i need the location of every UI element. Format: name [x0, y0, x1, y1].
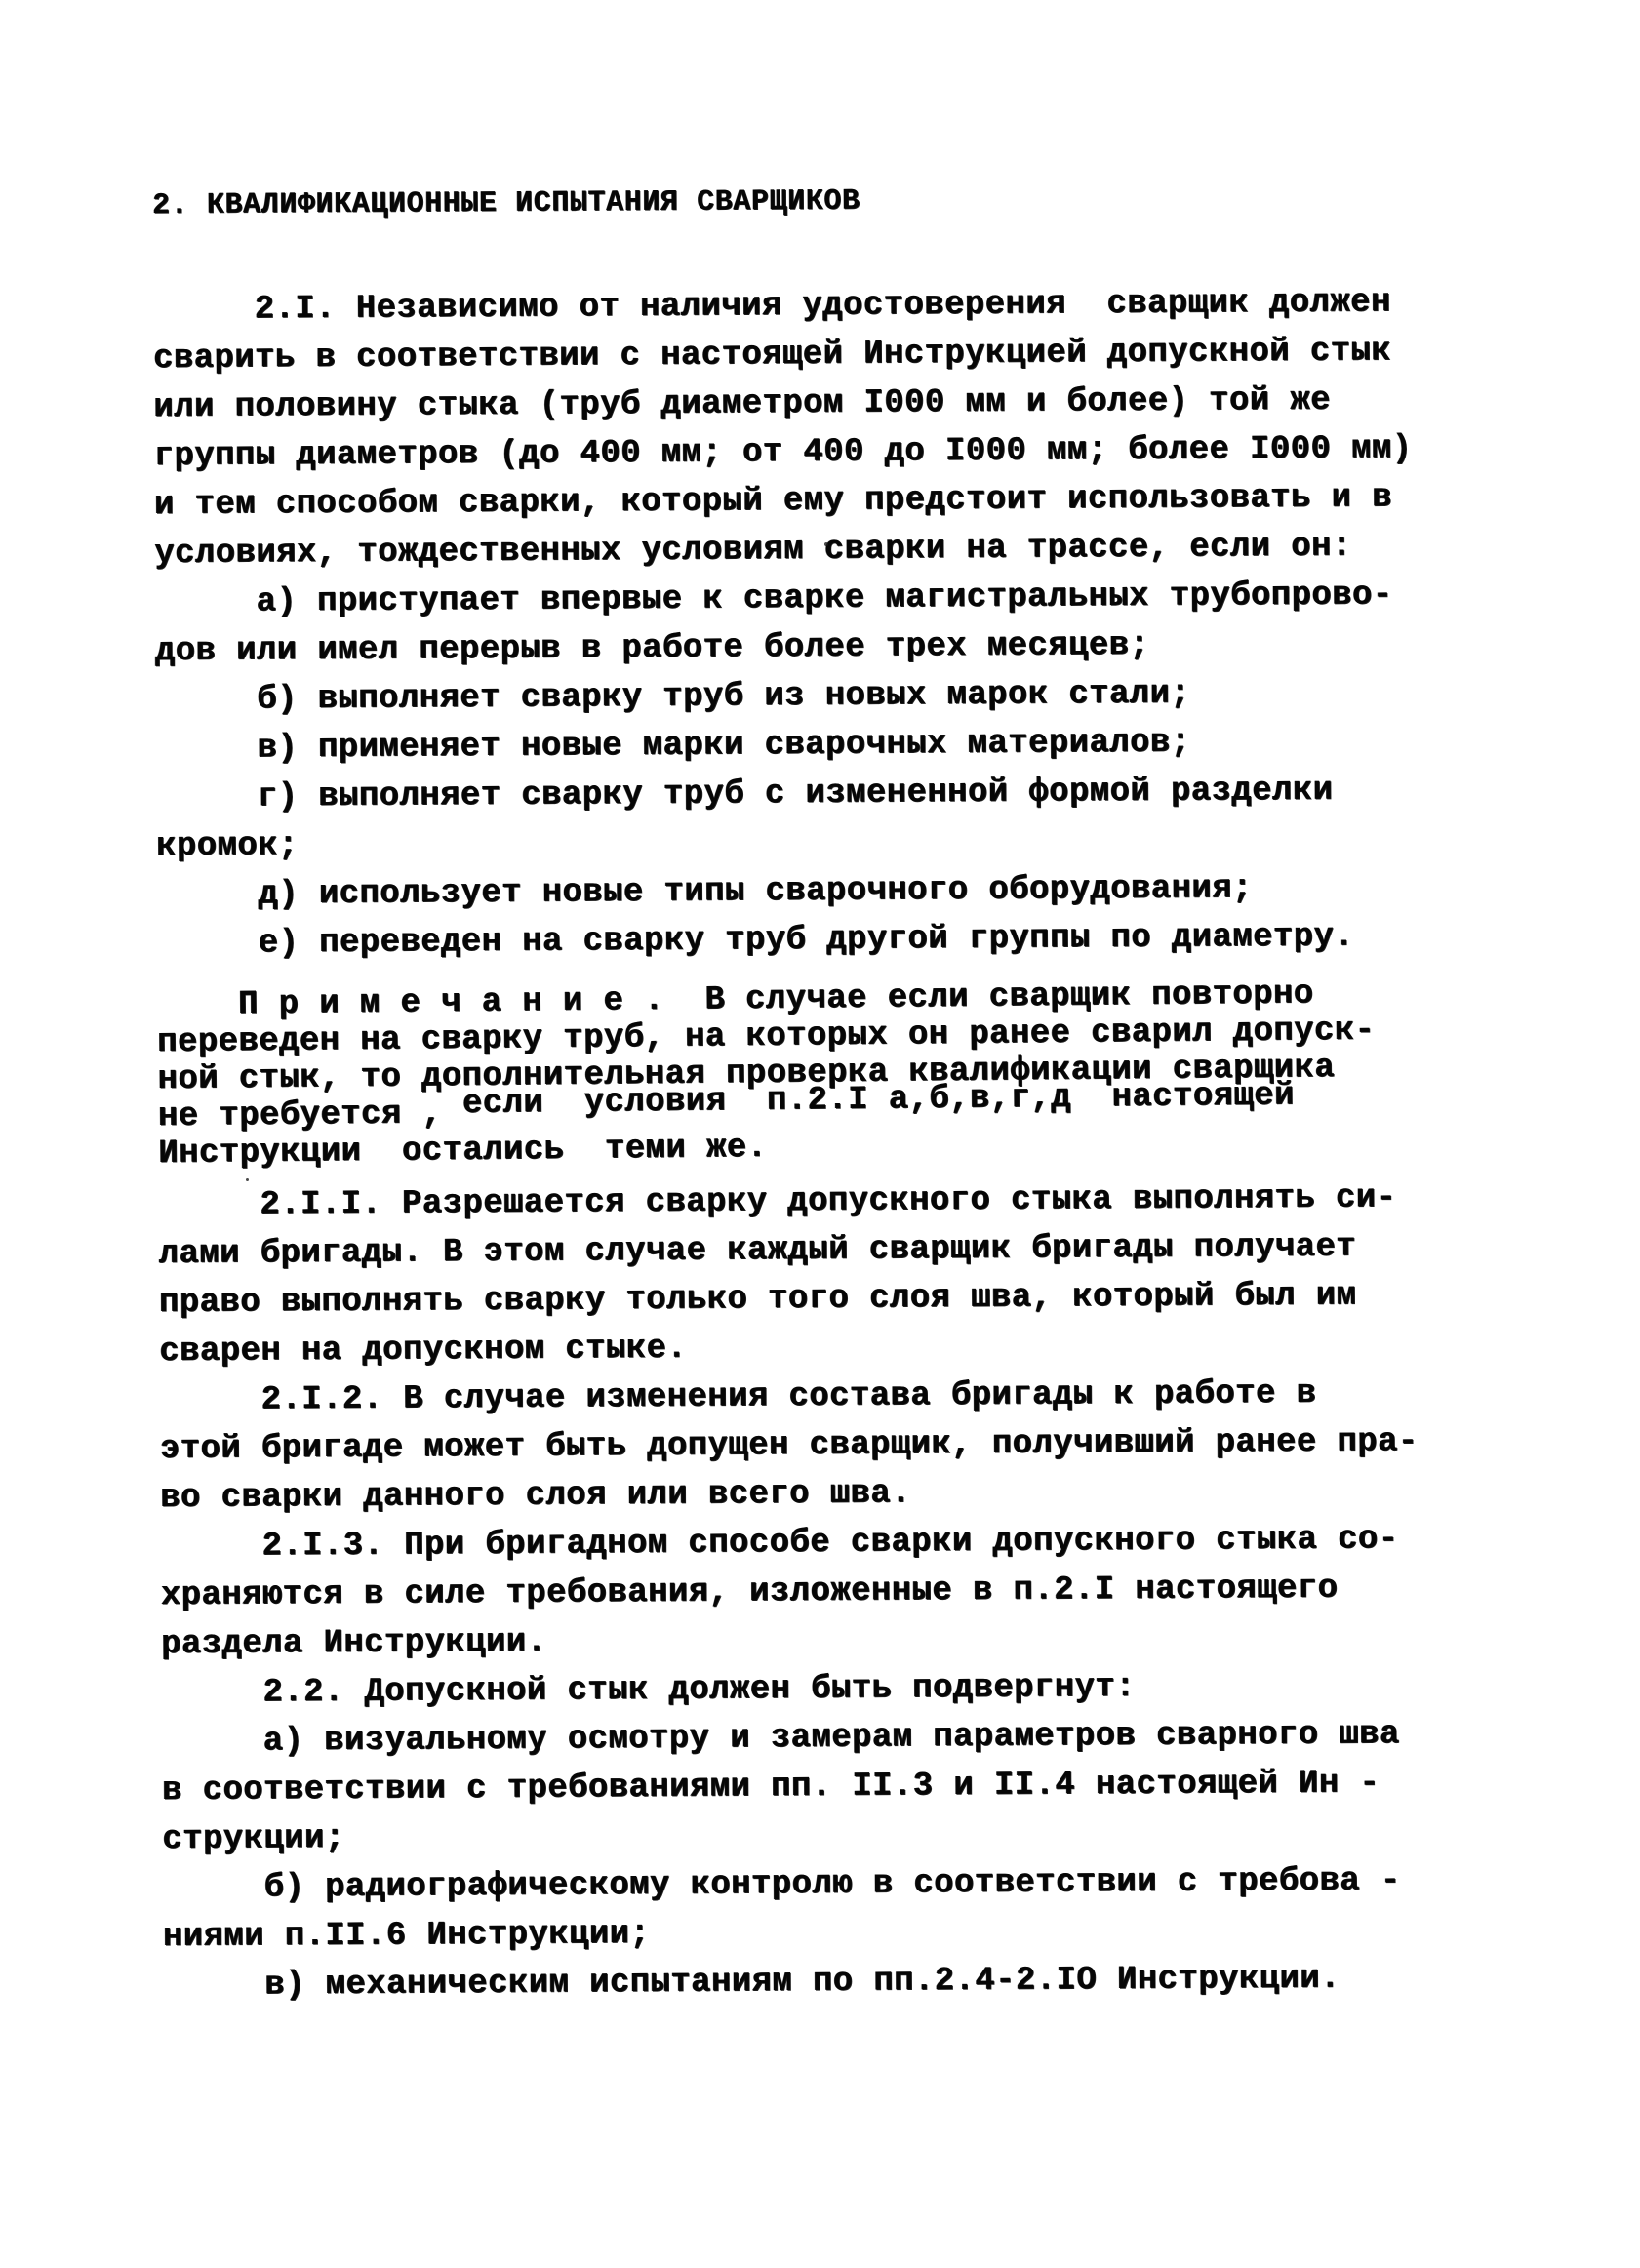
text-line: 2.I. Независимо от наличия удостоверения… — [153, 277, 1539, 335]
text-line: храняются в силе требования, изложенные … — [161, 1563, 1546, 1620]
text-line: г) выполняет сварку труб с измененной фо… — [156, 765, 1541, 822]
text-line: раздела Инструкции. — [161, 1611, 1546, 1669]
text-line: ниями п.II.6 Инструкции; — [163, 1904, 1548, 1962]
text-line: д) использует новые типы сварочного обор… — [156, 862, 1541, 920]
paragraph-2-1-1: 2.I.I. Разрешается сварку допускного сты… — [158, 1173, 1544, 1376]
text-line: а) визуальному осмотру и замерам парамет… — [162, 1709, 1547, 1767]
text-line: 2.I.3. При бригадном способе сварки допу… — [160, 1514, 1545, 1572]
text-line: дов или имел перерыв в работе более трех… — [155, 618, 1540, 676]
note-block: П р и м е ч а н и е . В случае если свар… — [157, 974, 1544, 1173]
text-line: во сварки данного слоя или всего шва. — [160, 1465, 1545, 1523]
note-line-4-prefix: не требуется , — [158, 1095, 462, 1135]
text-line: б) выполняет сварку труб из новых марок … — [155, 667, 1540, 725]
text-line: в) механическим испытаниям по пп.2.4-2.I… — [163, 1953, 1548, 2010]
text-line: е) переведен на сварку труб другой групп… — [157, 911, 1542, 969]
list-2-1-items: а) приступает впервые к сварке магистрал… — [154, 570, 1541, 969]
text-line: и тем способом сварки, который ему предс… — [154, 472, 1540, 530]
list-2-2-items: а) визуальному осмотру и замерам парамет… — [162, 1709, 1549, 2010]
text-line: в соответствии с требованиями пп. II.3 и… — [162, 1758, 1547, 1815]
paragraph-2-1: 2.I. Независимо от наличия удостоверения… — [153, 277, 1540, 578]
text-line: сварить в соответствии с настоящей Инстр… — [153, 326, 1539, 383]
scan-speckle — [246, 1178, 249, 1181]
paragraph-2-1-3: 2.I.3. При бригадном способе сварки допу… — [160, 1514, 1546, 1669]
text-line: 2.2. Допускной стык должен быть подвергн… — [161, 1660, 1546, 1718]
text-line: кромок; — [156, 814, 1541, 871]
text-line: в) применяет новые марки сварочных матер… — [155, 716, 1540, 774]
note-lines-top: П р и м е ч а н и е . В случае если свар… — [157, 974, 1543, 1098]
scan-speckle — [824, 542, 828, 546]
paragraph-2-2: 2.2. Допускной стык должен быть подвергн… — [161, 1660, 1546, 1718]
text-line: лами бригады. В этом случае каждый сварщ… — [159, 1221, 1544, 1279]
text-line: право выполнять сварку только того слоя … — [159, 1270, 1544, 1328]
document-page: 2. КВАЛИФИКАЦИОННЫЕ ИСПЫТАНИЯ СВАРЩИКОВ … — [0, 0, 1640, 2268]
text-line: или половину стыка (труб диаметром I000 … — [153, 375, 1539, 432]
text-line: струкции; — [162, 1807, 1547, 1864]
paragraph-2-1-2: 2.I.2. В случае изменения состава бригад… — [159, 1368, 1545, 1523]
text-line: сварен на допускном стыке. — [159, 1319, 1544, 1376]
section-heading: 2. КВАЛИФИКАЦИОННЫЕ ИСПЫТАНИЯ СВАРЩИКОВ — [152, 179, 1538, 223]
text-line: 2.I.2. В случае изменения состава бригад… — [159, 1368, 1544, 1425]
text-line: условиях, тождественных условиям сварки … — [154, 521, 1540, 578]
typewritten-text: 2. КВАЛИФИКАЦИОННЫЕ ИСПЫТАНИЯ СВАРЩИКОВ … — [152, 179, 1548, 2010]
text-line: группы диаметров (до 400 мм; от 400 до I… — [154, 423, 1540, 481]
text-line: 2.I.I. Разрешается сварку допускного сты… — [158, 1173, 1543, 1230]
note-inserted-text: если условия п.2.I а,б,в,г,д настоящей — [462, 1077, 1295, 1122]
text-line: этой бригаде может быть допущен сварщик,… — [160, 1416, 1545, 1474]
text-line: а) приступает впервые к сварке магистрал… — [154, 570, 1540, 627]
text-line: б) радиографическому контролю в соответс… — [162, 1855, 1547, 1913]
